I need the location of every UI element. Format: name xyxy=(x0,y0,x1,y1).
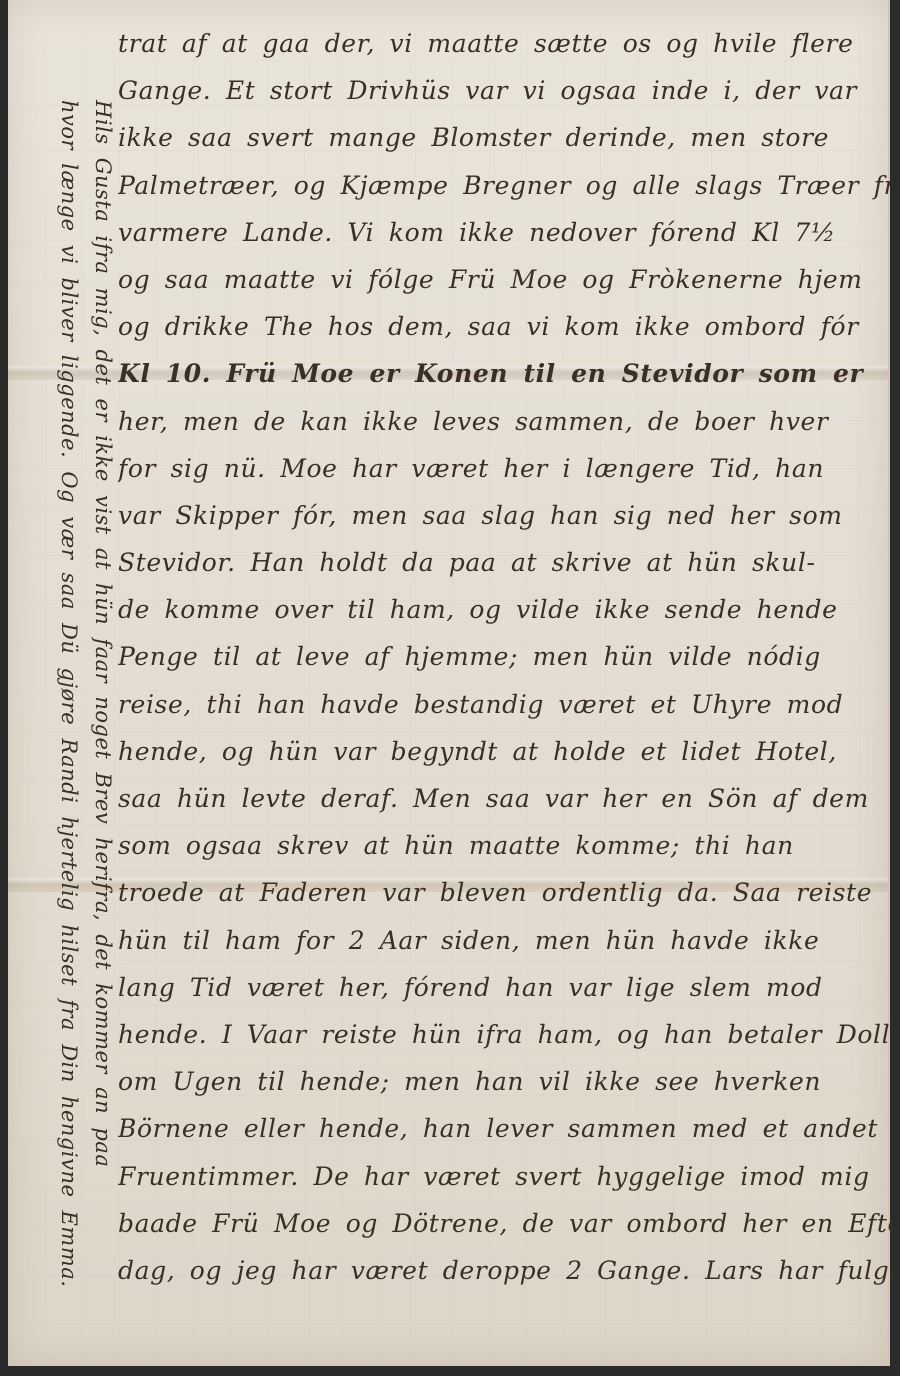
handwritten-line: som ogsaa skrev at hün maatte komme; thi… xyxy=(118,822,893,869)
letter-page: trat af at gaa der, vi maatte sætte os o… xyxy=(8,0,890,1366)
handwritten-line: hende, og hün var begyndt at holde et li… xyxy=(118,728,893,775)
handwritten-line: Börnene eller hende, han lever sammen me… xyxy=(118,1105,893,1152)
handwritten-line: saa hün levte deraf. Men saa var her en … xyxy=(118,775,893,822)
handwritten-line: hende. I Vaar reiste hün ifra ham, og ha… xyxy=(118,1011,893,1058)
handwritten-line: for sig nü. Moe har været her i længere … xyxy=(118,445,893,492)
handwritten-line: trat af at gaa der, vi maatte sætte os o… xyxy=(118,20,893,67)
handwritten-line: Fruentimmer. De har været svert hyggelig… xyxy=(118,1153,893,1200)
handwritten-line: Stevidor. Han holdt da paa at skrive at … xyxy=(118,539,893,586)
handwritten-line: og drikke The hos dem, saa vi kom ikke o… xyxy=(118,303,893,350)
letter-body: trat af at gaa der, vi maatte sætte os o… xyxy=(118,20,893,1294)
handwritten-line: var Skipper fór, men saa slag han sig ne… xyxy=(118,492,893,539)
margin-note-line: hvor længe vi bliver liggende. Og vær sa… xyxy=(52,100,86,1360)
handwritten-line: troede at Faderen var bleven ordentlig d… xyxy=(118,869,893,916)
handwritten-line: Gange. Et stort Drivhüs var vi ogsaa ind… xyxy=(118,67,893,114)
handwritten-line: Kl 10. Frü Moe er Konen til en Stevidor … xyxy=(118,350,893,397)
handwritten-line: Palmetræer, og Kjæmpe Bregner og alle sl… xyxy=(118,162,893,209)
handwritten-line: de komme over til ham, og vilde ikke sen… xyxy=(118,586,893,633)
handwritten-line: varmere Lande. Vi kom ikke nedover fóren… xyxy=(118,209,893,256)
handwritten-line: lang Tid været her, fórend han var lige … xyxy=(118,964,893,1011)
handwritten-line: om Ugen til hende; men han vil ikke see … xyxy=(118,1058,893,1105)
handwritten-line: dag, og jeg har været deroppe 2 Gange. L… xyxy=(118,1247,893,1294)
rotated-margin-note: Hils Gusta ifra mig, det er ikke vist at… xyxy=(52,100,120,1360)
handwritten-line: her, men de kan ikke leves sammen, de bo… xyxy=(118,398,893,445)
handwritten-line: og saa maatte vi fólge Frü Moe og Fròken… xyxy=(118,256,893,303)
handwritten-line: hün til ham for 2 Aar siden, men hün hav… xyxy=(118,917,893,964)
handwritten-line: baade Frü Moe og Dötrene, de var ombord … xyxy=(118,1200,893,1247)
margin-note-line: Hils Gusta ifra mig, det er ikke vist at… xyxy=(86,100,120,1360)
handwritten-line: Penge til at leve af hjemme; men hün vil… xyxy=(118,633,893,680)
handwritten-line: reise, thi han havde bestandig været et … xyxy=(118,681,893,728)
handwritten-line: ikke saa svert mange Blomster derinde, m… xyxy=(118,114,893,161)
